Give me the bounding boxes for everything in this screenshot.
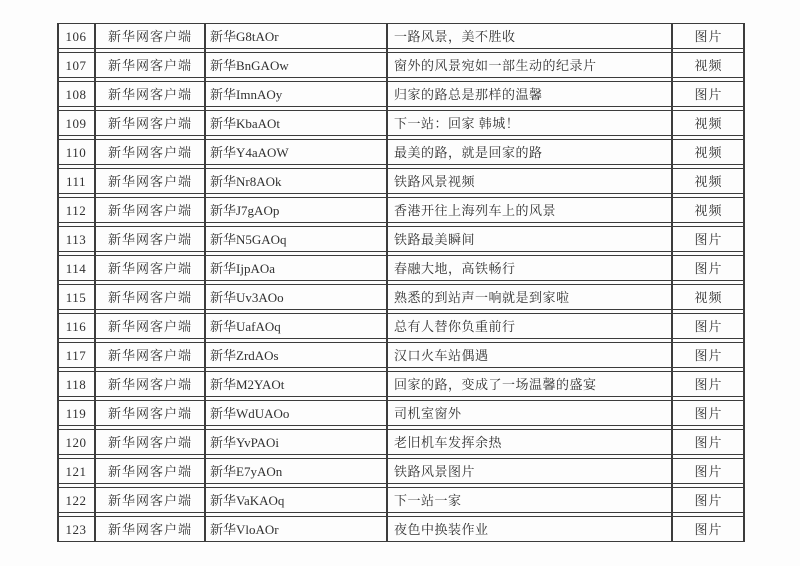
type-cell: 图片 — [672, 431, 745, 454]
serial-cell: 116 — [57, 315, 95, 338]
platform-cell: 新华网客户端 — [95, 431, 205, 454]
scanned-document-page: 106新华网客户端新华G8tAOr一路风景，美不胜收图片107新华网客户端新华B… — [0, 0, 800, 566]
serial-cell: 109 — [57, 112, 95, 135]
account-cell: 新华VaKAOq — [205, 489, 387, 512]
serial-cell: 118 — [57, 373, 95, 396]
title-cell: 下一站一家 — [387, 489, 672, 512]
platform-cell: 新华网客户端 — [95, 54, 205, 77]
serial-cell: 117 — [57, 344, 95, 367]
type-cell: 视频 — [672, 112, 745, 135]
title-cell: 归家的路总是那样的温馨 — [387, 83, 672, 106]
serial-cell: 111 — [57, 170, 95, 193]
type-cell: 视频 — [672, 170, 745, 193]
title-cell: 夜色中换装作业 — [387, 518, 672, 541]
serial-cell: 110 — [57, 141, 95, 164]
platform-cell: 新华网客户端 — [95, 518, 205, 541]
title-cell: 铁路风景视频 — [387, 170, 672, 193]
serial-cell: 122 — [57, 489, 95, 512]
type-cell: 图片 — [672, 25, 745, 48]
serial-cell: 112 — [57, 199, 95, 222]
table-vertical-rule — [386, 23, 388, 542]
serial-cell: 121 — [57, 460, 95, 483]
type-cell: 图片 — [672, 344, 745, 367]
table-row: 112新华网客户端新华J7gAOp香港开往上海列车上的风景视频 — [57, 197, 745, 223]
title-cell: 汉口火车站偶遇 — [387, 344, 672, 367]
platform-cell: 新华网客户端 — [95, 373, 205, 396]
serial-cell: 114 — [57, 257, 95, 280]
table-row: 122新华网客户端新华VaKAOq下一站一家图片 — [57, 487, 745, 513]
platform-cell: 新华网客户端 — [95, 228, 205, 251]
type-cell: 视频 — [672, 199, 745, 222]
table-row: 121新华网客户端新华E7yAOn铁路风景图片图片 — [57, 458, 745, 484]
serial-cell: 108 — [57, 83, 95, 106]
platform-cell: 新华网客户端 — [95, 315, 205, 338]
title-cell: 回家的路，变成了一场温馨的盛宴 — [387, 373, 672, 396]
account-cell: 新华Y4aAOW — [205, 141, 387, 164]
account-cell: 新华Uv3AOo — [205, 286, 387, 309]
platform-cell: 新华网客户端 — [95, 141, 205, 164]
type-cell: 视频 — [672, 286, 745, 309]
table-row: 107新华网客户端新华BnGAOw窗外的风景宛如一部生动的纪录片视频 — [57, 52, 745, 78]
type-cell: 图片 — [672, 518, 745, 541]
platform-cell: 新华网客户端 — [95, 170, 205, 193]
content-listing-table: 106新华网客户端新华G8tAOr一路风景，美不胜收图片107新华网客户端新华B… — [57, 23, 745, 545]
type-cell: 图片 — [672, 315, 745, 338]
serial-cell: 113 — [57, 228, 95, 251]
title-cell: 铁路最美瞬间 — [387, 228, 672, 251]
serial-cell: 115 — [57, 286, 95, 309]
title-cell: 最美的路，就是回家的路 — [387, 141, 672, 164]
table-row: 123新华网客户端新华VloAOr夜色中换装作业图片 — [57, 516, 745, 542]
serial-cell: 107 — [57, 54, 95, 77]
type-cell: 图片 — [672, 460, 745, 483]
title-cell: 铁路风景图片 — [387, 460, 672, 483]
account-cell: 新华ZrdAOs — [205, 344, 387, 367]
account-cell: 新华E7yAOn — [205, 460, 387, 483]
title-cell: 窗外的风景宛如一部生动的纪录片 — [387, 54, 672, 77]
type-cell: 视频 — [672, 54, 745, 77]
platform-cell: 新华网客户端 — [95, 199, 205, 222]
table-vertical-rule — [204, 23, 206, 542]
table-row: 117新华网客户端新华ZrdAOs汉口火车站偶遇图片 — [57, 342, 745, 368]
table-row: 111新华网客户端新华Nr8AOk铁路风景视频视频 — [57, 168, 745, 194]
table-vertical-rule — [94, 23, 96, 542]
account-cell: 新华Nr8AOk — [205, 170, 387, 193]
table-row: 114新华网客户端新华IjpAOa春融大地，高铁畅行图片 — [57, 255, 745, 281]
title-cell: 司机室窗外 — [387, 402, 672, 425]
account-cell: 新华N5GAOq — [205, 228, 387, 251]
title-cell: 老旧机车发挥余热 — [387, 431, 672, 454]
platform-cell: 新华网客户端 — [95, 83, 205, 106]
serial-cell: 120 — [57, 431, 95, 454]
platform-cell: 新华网客户端 — [95, 489, 205, 512]
account-cell: 新华VloAOr — [205, 518, 387, 541]
type-cell: 图片 — [672, 373, 745, 396]
title-cell: 下一站：回家 韩城！ — [387, 112, 672, 135]
title-cell: 香港开往上海列车上的风景 — [387, 199, 672, 222]
type-cell: 视频 — [672, 141, 745, 164]
title-cell: 一路风景，美不胜收 — [387, 25, 672, 48]
platform-cell: 新华网客户端 — [95, 344, 205, 367]
table-row: 106新华网客户端新华G8tAOr一路风景，美不胜收图片 — [57, 23, 745, 49]
account-cell: 新华BnGAOw — [205, 54, 387, 77]
type-cell: 图片 — [672, 402, 745, 425]
type-cell: 图片 — [672, 228, 745, 251]
serial-cell: 106 — [57, 25, 95, 48]
type-cell: 图片 — [672, 257, 745, 280]
account-cell: 新华ImnAOy — [205, 83, 387, 106]
table-row: 118新华网客户端新华M2YAOt回家的路，变成了一场温馨的盛宴图片 — [57, 371, 745, 397]
title-cell: 春融大地，高铁畅行 — [387, 257, 672, 280]
serial-cell: 119 — [57, 402, 95, 425]
title-cell: 总有人替你负重前行 — [387, 315, 672, 338]
table-row: 109新华网客户端新华KbaAOt下一站：回家 韩城！视频 — [57, 110, 745, 136]
platform-cell: 新华网客户端 — [95, 25, 205, 48]
table-row: 116新华网客户端新华UafAOq总有人替你负重前行图片 — [57, 313, 745, 339]
table-row: 108新华网客户端新华ImnAOy归家的路总是那样的温馨图片 — [57, 81, 745, 107]
type-cell: 图片 — [672, 83, 745, 106]
account-cell: 新华UafAOq — [205, 315, 387, 338]
table-row: 113新华网客户端新华N5GAOq铁路最美瞬间图片 — [57, 226, 745, 252]
table-row: 115新华网客户端新华Uv3AOo熟悉的到站声一响就是到家啦视频 — [57, 284, 745, 310]
title-cell: 熟悉的到站声一响就是到家啦 — [387, 286, 672, 309]
table-vertical-rule — [57, 23, 59, 542]
account-cell: 新华KbaAOt — [205, 112, 387, 135]
table-row: 120新华网客户端新华YvPAOi老旧机车发挥余热图片 — [57, 429, 745, 455]
platform-cell: 新华网客户端 — [95, 112, 205, 135]
account-cell: 新华J7gAOp — [205, 199, 387, 222]
account-cell: 新华G8tAOr — [205, 25, 387, 48]
table-row: 110新华网客户端新华Y4aAOW最美的路，就是回家的路视频 — [57, 139, 745, 165]
account-cell: 新华WdUAOo — [205, 402, 387, 425]
platform-cell: 新华网客户端 — [95, 257, 205, 280]
account-cell: 新华YvPAOi — [205, 431, 387, 454]
platform-cell: 新华网客户端 — [95, 286, 205, 309]
serial-cell: 123 — [57, 518, 95, 541]
account-cell: 新华IjpAOa — [205, 257, 387, 280]
account-cell: 新华M2YAOt — [205, 373, 387, 396]
platform-cell: 新华网客户端 — [95, 402, 205, 425]
table-vertical-rule — [671, 23, 673, 542]
table-row: 119新华网客户端新华WdUAOo司机室窗外图片 — [57, 400, 745, 426]
table-vertical-rule — [743, 23, 745, 542]
platform-cell: 新华网客户端 — [95, 460, 205, 483]
type-cell: 图片 — [672, 489, 745, 512]
